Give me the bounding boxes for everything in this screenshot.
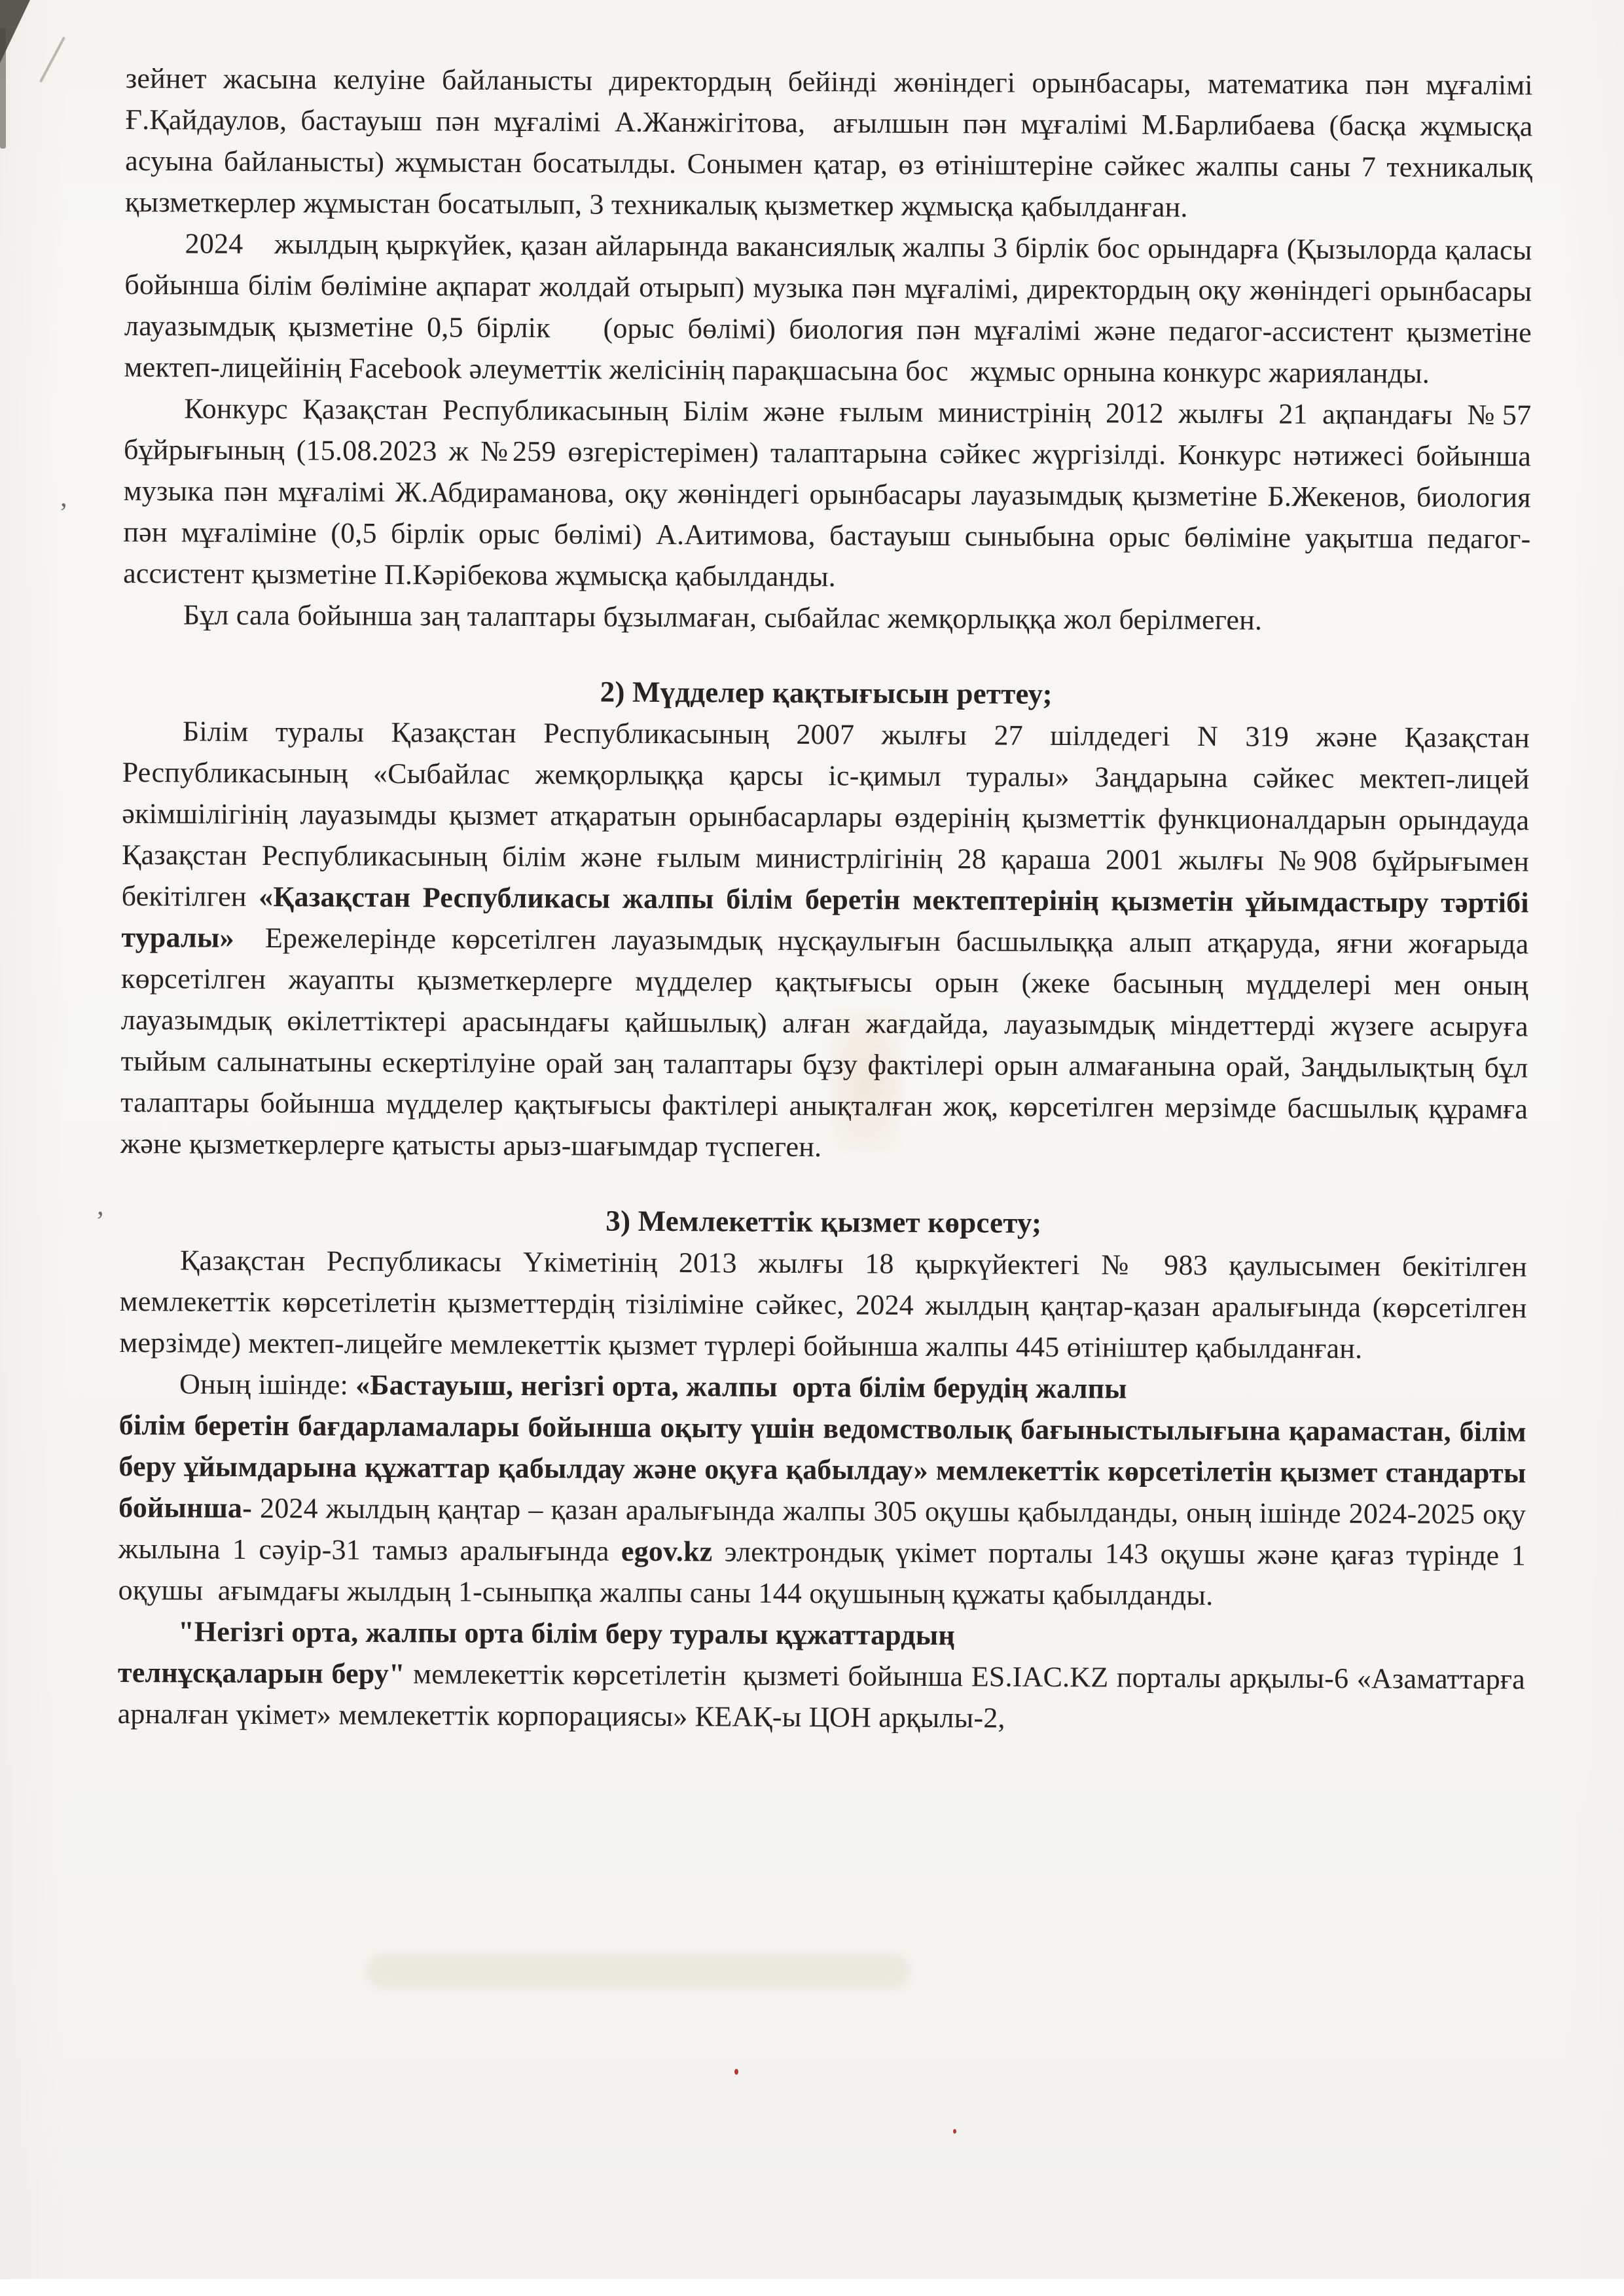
text-run: Ережелерінде көрсетілген лауазымдық нұсқ… bbox=[120, 922, 1529, 1163]
paragraph-conflict-of-interest: Білім туралы Қазақстан Республикасының 2… bbox=[120, 710, 1530, 1171]
text-run: 2024 жылдың қыркүйек, қазан айларында ва… bbox=[124, 227, 1532, 389]
paper-crease-mark bbox=[39, 37, 65, 83]
text-run-bold: «Бастауыш, негізгі орта, жалпы орта білі… bbox=[355, 1369, 1127, 1405]
margin-ink-mark: ’ bbox=[96, 1206, 105, 1237]
section-heading-state-services: 3) Мемлекеттік қызмет көрсету; bbox=[120, 1198, 1527, 1247]
margin-ink-mark: ’ bbox=[59, 498, 68, 529]
text-run: зейнет жасына келуіне байланысты директо… bbox=[125, 62, 1533, 223]
paragraph-contest-results: Конкурс Қазақстан Республикасының Білім … bbox=[123, 388, 1532, 601]
ink-bleed-ghost bbox=[367, 1954, 910, 1988]
paragraph-admission-service: Оның ішінде: «Бастауыш, негізгі орта, жа… bbox=[118, 1363, 1526, 1618]
text-run: Қазақстан Республикасы Үкіметінің 2013 ж… bbox=[119, 1244, 1527, 1364]
scan-edge-shadow bbox=[0, 27, 6, 149]
paragraph-vacancies-announcement: 2024 жылдың қыркүйек, қазан айларында ва… bbox=[124, 223, 1532, 395]
red-ink-speck bbox=[734, 2069, 738, 2075]
paragraph-duplicate-documents-service: "Негізгі орта, жалпы орта білім беру тур… bbox=[117, 1611, 1525, 1741]
document-body: зейнет жасына келуіне байланысты директо… bbox=[117, 58, 1532, 1741]
red-ink-speck bbox=[953, 2129, 956, 2134]
text-run: Конкурс Қазақстан Республикасының Білім … bbox=[123, 392, 1531, 592]
text-run-bold: egov.kz bbox=[621, 1535, 713, 1568]
paragraph-state-services-total: Қазақстан Республикасы Үкіметінің 2013 ж… bbox=[119, 1239, 1527, 1370]
scanned-page: ’ ’ зейнет жасына келуіне байланысты дир… bbox=[0, 0, 1624, 2296]
paragraph-staff-dismissal: зейнет жасына келуіне байланысты директо… bbox=[125, 58, 1533, 230]
text-run: Оның ішінде: bbox=[179, 1368, 355, 1400]
paragraph-no-corruption: Бұл сала бойынша заң талаптары бұзылмаға… bbox=[123, 594, 1530, 642]
scan-bottom-edge bbox=[0, 2279, 1624, 2296]
text-run-bold: телнұсқаларын беру" bbox=[118, 1656, 405, 1690]
text-run-bold: "Негізгі орта, жалпы орта білім беру тур… bbox=[178, 1615, 955, 1651]
section-heading-conflict-of-interest: 2) Мүдделер қақтығысын реттеу; bbox=[122, 669, 1530, 718]
text-run: Бұл сала бойынша заң талаптары бұзылмаға… bbox=[183, 598, 1263, 636]
